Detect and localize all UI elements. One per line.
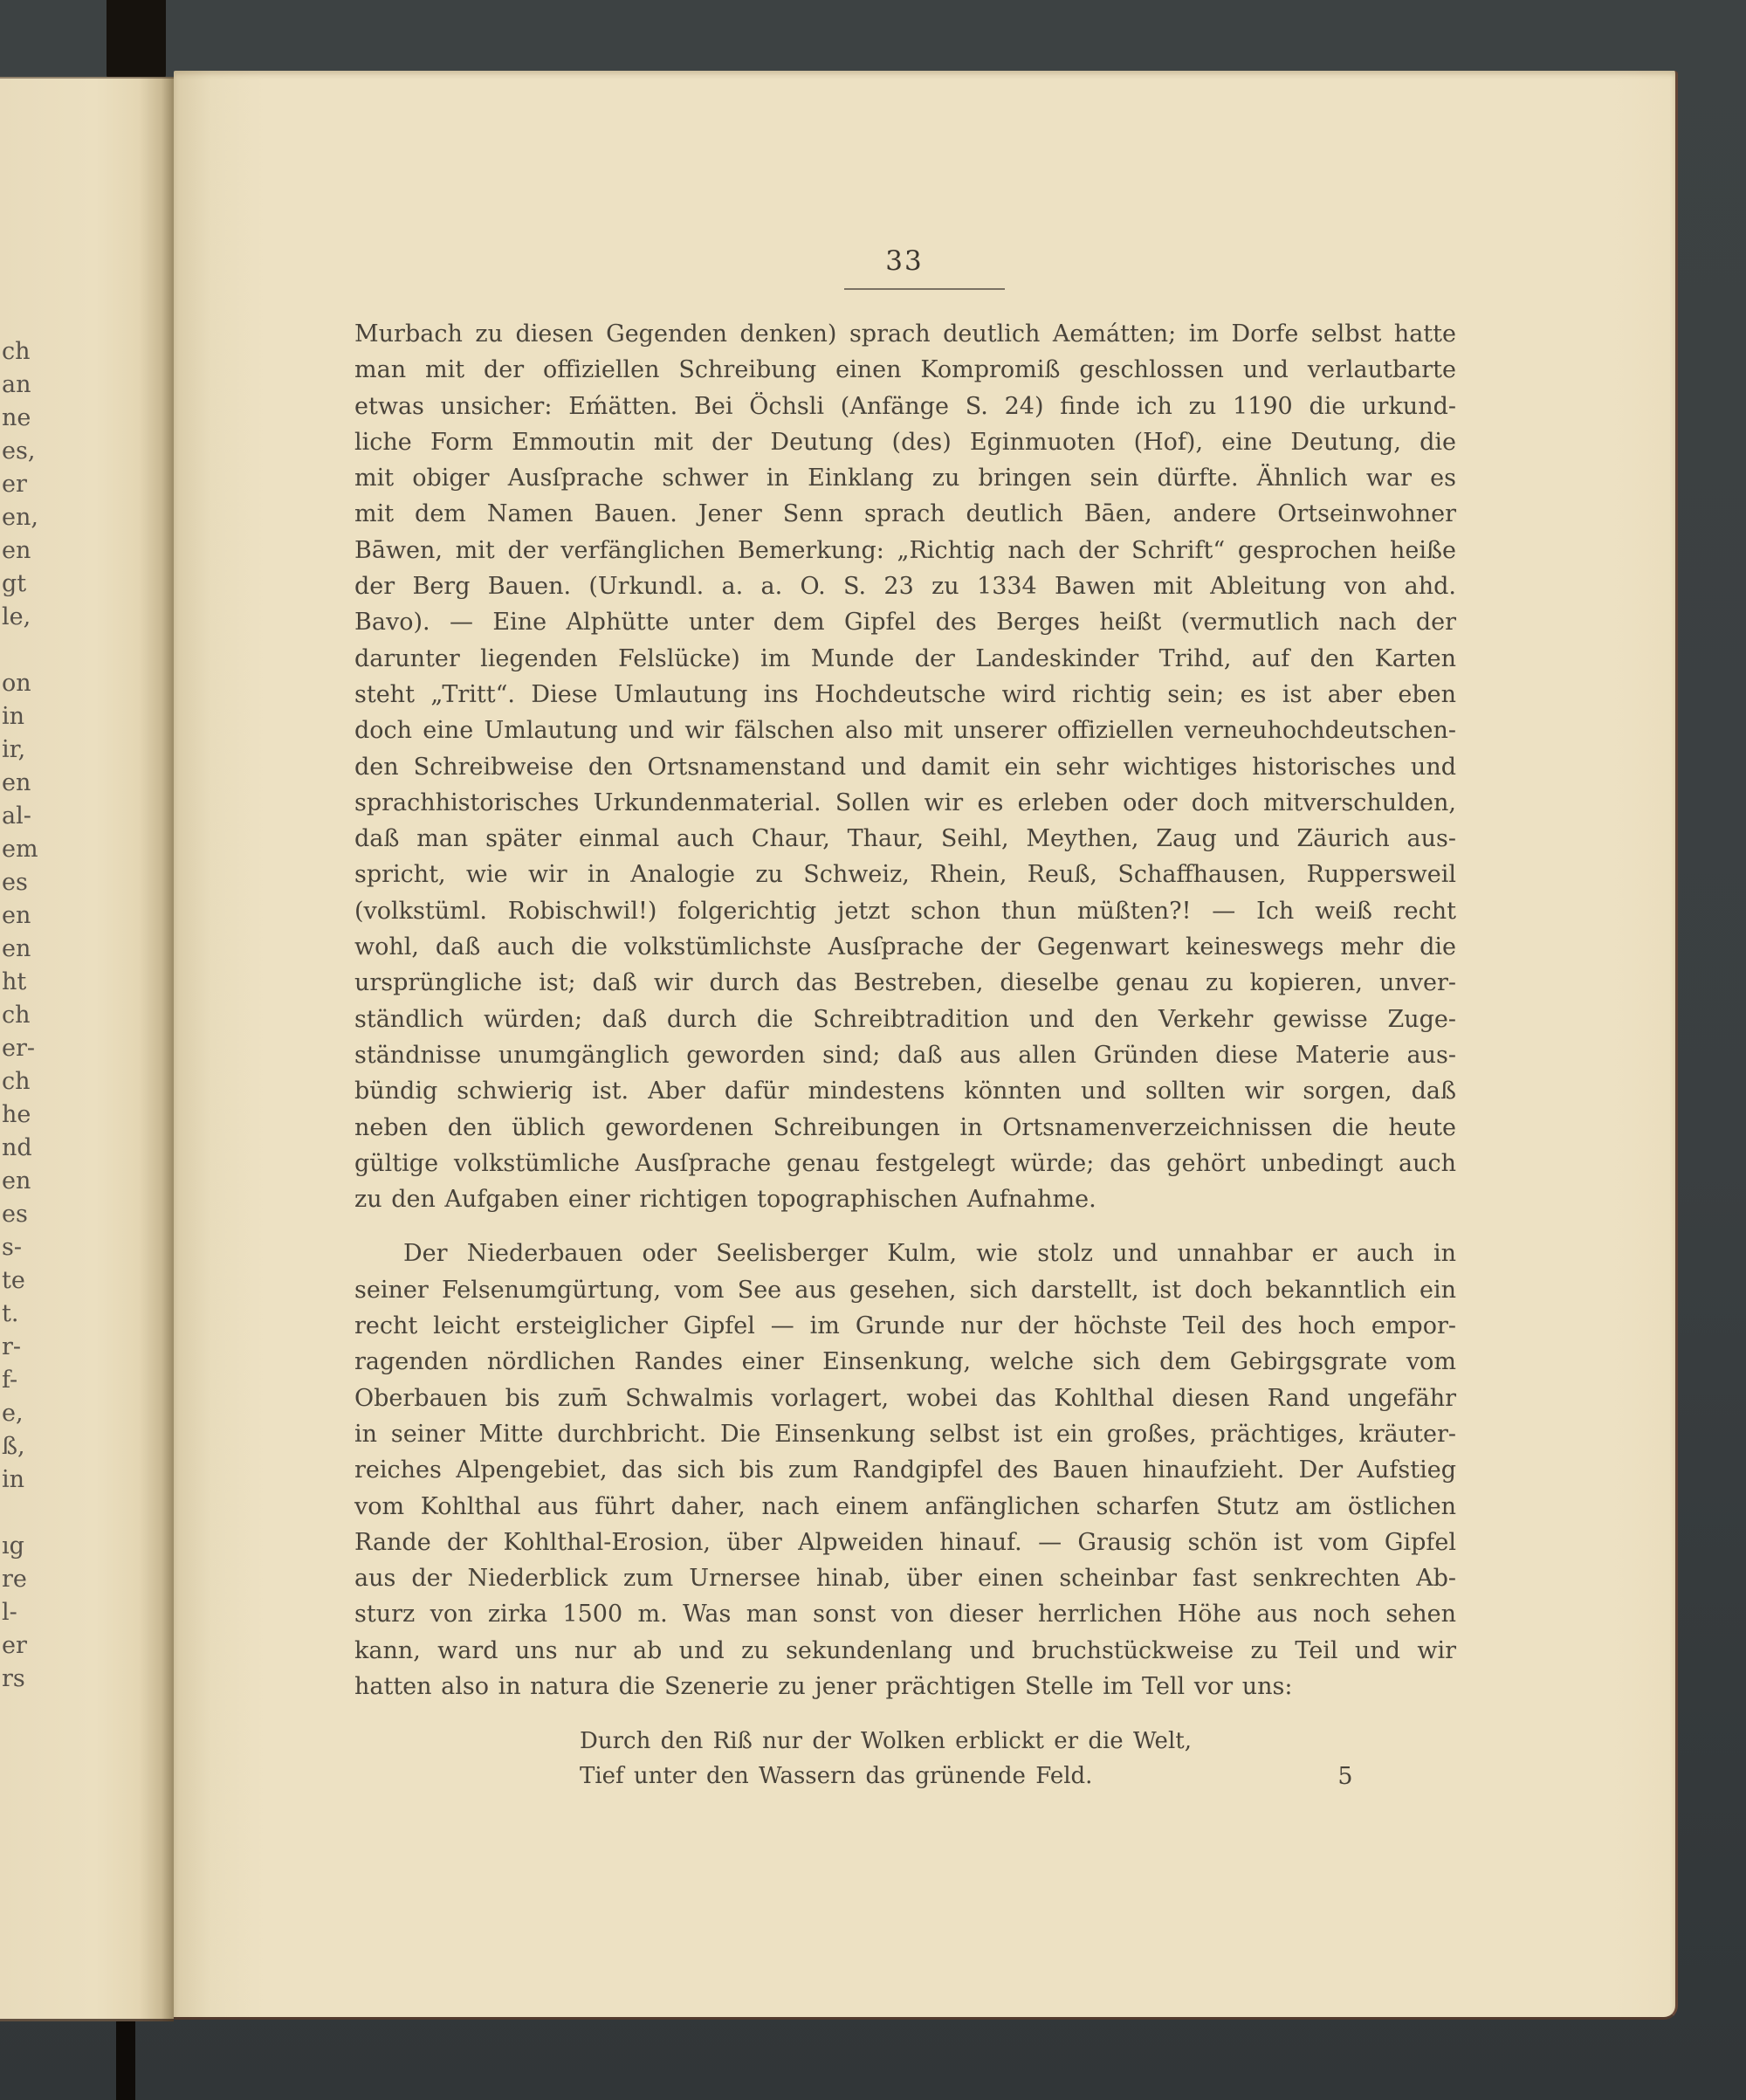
text-line: wohl, daß auch die volkstümlichste Ausſp… <box>354 929 1456 965</box>
facing-page-text-fragment: en <box>2 899 72 933</box>
facing-page-text-fragment: en, <box>2 501 72 534</box>
facing-page-text-fragment: f- <box>2 1364 72 1397</box>
facing-page-text-fragment <box>2 1497 72 1530</box>
facing-page-text-fragment: ß, <box>2 1430 72 1463</box>
text-line: ständlich würden; daß durch die Schreibt… <box>354 1002 1456 1037</box>
text-line: liche Form Emmoutin mit der Deutung (des… <box>354 424 1456 460</box>
facing-page-text-fragment: in <box>2 1463 72 1497</box>
text-line: Murbach zu diesen Gegenden denken) sprac… <box>354 316 1456 352</box>
facing-page-text-fragment: em <box>2 833 72 866</box>
text-line: Bavo). — Eine Alphütte unter dem Gipfel … <box>354 604 1456 640</box>
text-line: mit obiger Ausſprache schwer in Einklang… <box>354 460 1456 496</box>
text-line: (volkstüml. Robischwil!) folgerichtig je… <box>354 893 1456 929</box>
text-line: in seiner Mitte durchbricht. Die Einsenk… <box>354 1416 1456 1452</box>
text-line: reiches Alpengebiet, das sich bis zum Ra… <box>354 1452 1456 1488</box>
facing-page-text-fragment: ir, <box>2 733 72 767</box>
text-line: recht leicht ersteiglicher Gipfel — im G… <box>354 1308 1456 1344</box>
facing-page-text-fragment: he <box>2 1098 72 1132</box>
facing-page-text-fragment: nd <box>2 1132 72 1165</box>
bookmark-ribbon-top <box>107 0 166 79</box>
text-line: aus der Niederblick zum Urnersee hinab, … <box>354 1560 1456 1596</box>
facing-page-text-fragment: al- <box>2 800 72 833</box>
facing-page-text-fragment: es <box>2 1198 72 1231</box>
verse-line: Tief unter den Wassern das grünende Feld… <box>580 1759 1456 1794</box>
facing-page-text-fragment <box>2 634 72 667</box>
facing-page-text-fragment: er- <box>2 1032 72 1065</box>
facing-page-text-fragment: an <box>2 368 72 402</box>
text-line: vom Kohlthal aus führt daher, nach einem… <box>354 1489 1456 1525</box>
text-line: gültige volkstümliche Ausſprache genau f… <box>354 1146 1456 1181</box>
facing-page-text-fragment: s- <box>2 1231 72 1264</box>
paragraph: Murbach zu diesen Gegenden denken) sprac… <box>354 316 1456 1217</box>
facing-page-text-fragment: re <box>2 1563 72 1596</box>
text-line: der Berg Bauen. (Urkundl. a. a. O. S. 23… <box>354 568 1456 604</box>
text-line: Oberbauen bis zum̄ Schwalmis vorlagert, … <box>354 1380 1456 1416</box>
text-line: Der Niederbauen oder Seelisberger Kulm, … <box>354 1236 1456 1271</box>
text-line: darunter liegenden Felslücke) im Munde d… <box>354 641 1456 677</box>
text-line: Rande der Kohlthal-Erosion, über Alpweid… <box>354 1525 1456 1560</box>
text-line: doch eine Umlautung und wir fälschen als… <box>354 713 1456 748</box>
facing-page-edge: ch an ne es, er en, en gt le, on <box>0 77 174 2021</box>
facing-page-text-fragment: ch <box>2 1065 72 1098</box>
facing-page-text-fragment: on <box>2 667 72 700</box>
paragraph: Der Niederbauen oder Seelisberger Kulm, … <box>354 1236 1456 1704</box>
text-line: etwas unsicher: Eḿätten. Bei Öchsli (Anf… <box>354 389 1456 424</box>
text-line: den Schreibweise den Ortsnamenstand und … <box>354 749 1456 785</box>
facing-page-text-fragment: en <box>2 534 72 568</box>
text-line: man mit der offiziellen Schreibung einen… <box>354 352 1456 388</box>
text-line: hatten also in natura die Szenerie zu je… <box>354 1669 1456 1704</box>
text-line: neben den üblich gewordenen Schreibungen… <box>354 1110 1456 1146</box>
text-line: mit dem Namen Bauen. Jener Senn sprach d… <box>354 496 1456 532</box>
text-line: daß man später einmal auch Chaur, Thaur,… <box>354 821 1456 857</box>
facing-page-text-fragment: rs <box>2 1663 72 1696</box>
facing-page-text-fragment: ch <box>2 335 72 368</box>
bookmark-ribbon-bottom <box>116 2018 135 2100</box>
text-line: spricht, wie wir in Analogie zu Schweiz,… <box>354 857 1456 892</box>
text-line: steht „Tritt“. Diese Umlautung ins Hochd… <box>354 677 1456 713</box>
text-block: Murbach zu diesen Gegenden denken) sprac… <box>354 316 1456 1794</box>
book-page: 33 Murbach zu diesen Gegenden denken) sp… <box>174 71 1678 2020</box>
facing-page-text-fragment: ıg <box>2 1530 72 1563</box>
facing-page-text-fragment: es, <box>2 435 72 468</box>
text-line: Bāwen, mit der verfänglichen Bemerkung: … <box>354 533 1456 568</box>
text-line: bündig schwierig ist. Aber dafür mindest… <box>354 1073 1456 1109</box>
facing-page-text-fragment: te <box>2 1264 72 1298</box>
facing-page-text-fragment: es <box>2 866 72 899</box>
facing-page-text-fragment: ht <box>2 966 72 999</box>
signature-mark: 5 <box>1328 1763 1363 1790</box>
page-number: 33 <box>861 245 948 277</box>
facing-page-text-fragment: en <box>2 767 72 800</box>
facing-page-text-fragment: en <box>2 933 72 966</box>
facing-page-text-fragment: er <box>2 1629 72 1663</box>
facing-page-text-fragment: le, <box>2 601 72 634</box>
text-line: ständnisse unumgänglich geworden sind; d… <box>354 1037 1456 1073</box>
text-line: zu den Aufgaben einer richtigen topograp… <box>354 1181 1456 1217</box>
facing-page-text-fragment: ne <box>2 402 72 435</box>
verse-block: Durch den Riß nur der Wolken erblickt er… <box>580 1724 1456 1794</box>
facing-page-text-fragment: in <box>2 700 72 733</box>
verse-line: Durch den Riß nur der Wolken erblickt er… <box>580 1724 1456 1759</box>
text-line: kann, ward uns nur ab und zu sekundenlan… <box>354 1633 1456 1669</box>
book-scan: ch an ne es, er en, en gt le, on <box>0 0 1746 2100</box>
facing-page-text-fragment: r- <box>2 1331 72 1364</box>
text-line: sturz von zirka 1500 m. Was man sonst vo… <box>354 1596 1456 1632</box>
text-line: ragenden nördlichen Randes einer Einsenk… <box>354 1344 1456 1380</box>
facing-page-text-fragment: ch <box>2 999 72 1032</box>
text-line: seiner Felsenumgürtung, vom See aus gese… <box>354 1272 1456 1308</box>
facing-page-text-fragment: er <box>2 468 72 501</box>
facing-page-text-fragment: en <box>2 1165 72 1198</box>
facing-page-text-fragment: e, <box>2 1397 72 1430</box>
facing-page-text-fragment: gt <box>2 568 72 601</box>
text-line: ursprüngliche ist; daß wir durch das Bes… <box>354 965 1456 1001</box>
facing-page-text-fragments: ch an ne es, er en, en gt le, on <box>2 335 72 1696</box>
text-line: sprachhistorisches Urkundenmaterial. Sol… <box>354 785 1456 821</box>
facing-page-text-fragment: t. <box>2 1298 72 1331</box>
facing-page-text-fragment: l- <box>2 1596 72 1629</box>
page-number-rule <box>844 288 1005 290</box>
